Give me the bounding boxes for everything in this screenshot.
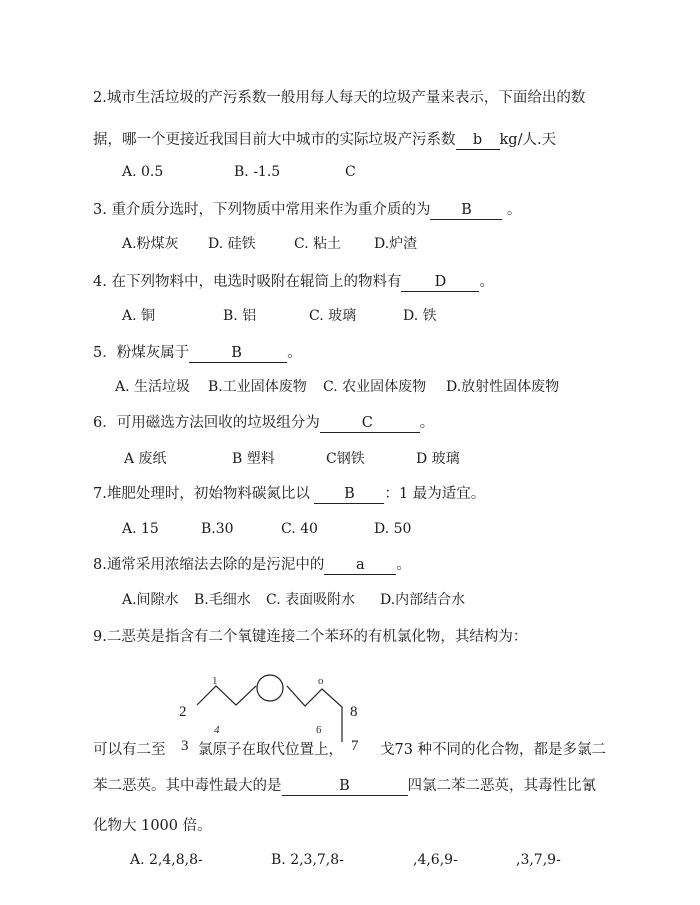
structure-label-8: 8 [350,704,358,720]
q9-option-c: ,4,6,9- [413,850,458,870]
q9-option-d: ,3,7,9- [516,850,561,870]
q9-option-b: B. 2,3,7,8- [271,850,344,870]
q9-text-c: 戈73 种不同的化合物，都是多氯二 [380,740,606,760]
structure-label-7: 7 [351,738,359,754]
structure-label-9: o [318,673,324,689]
q9-option-a: A. 2,4,8,8- [130,850,203,870]
structure-label-4: 4 [214,722,220,738]
q9-text-a: 可以有二至 [93,740,166,760]
structure-label-2: 2 [179,704,187,720]
structure-label-6: 6 [316,722,322,738]
q9-answer-blank: B [282,778,408,796]
q9-line-3: 苯二恶英。其中毒性最大的是B四氯二苯二恶英，其毒性比氰 [93,776,596,796]
structure-label-1: 1 [212,673,218,689]
q9-line-2: 可以有二至 3 氯原子在取代位置上， 7 戈73 种不同的化合物，都是多氯二 [93,740,613,762]
q9-answer: B [339,778,350,794]
dioxin-structure-diagram [0,0,700,905]
q9-text-e: 四氯二苯二恶英，其毒性比氰 [408,778,597,794]
q9-line-4: 化物大 1000 倍。 [93,816,212,836]
structure-label-3: 3 [181,738,189,754]
q9-text-d: 苯二恶英。其中毒性最大的是 [93,778,282,794]
q9-text-b: 氯原子在取代位置上， [198,740,343,760]
